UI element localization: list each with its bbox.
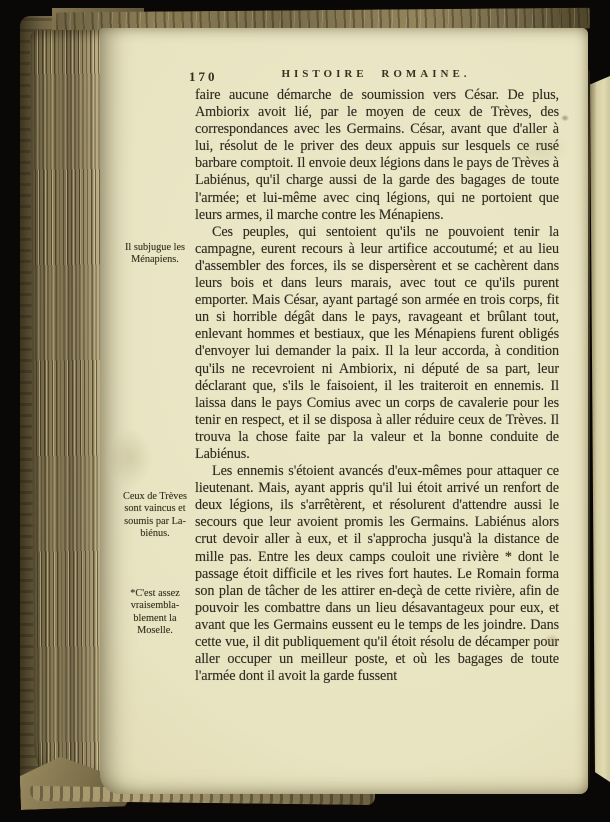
body-text-column: faire aucune démarche de soumission vers… (195, 87, 559, 685)
book-page: 170 HISTOIRE ROMAINE. Il subjugue les Mé… (100, 28, 588, 794)
book-photo: 170 HISTOIRE ROMAINE. Il subjugue les Mé… (0, 0, 610, 822)
page-number: 170 (189, 69, 218, 85)
adjacent-page-edge (590, 76, 610, 782)
page-header: 170 HISTOIRE ROMAINE. (195, 68, 557, 86)
paragraph-3: Les ennemis s'étoient avancés d'eux-même… (195, 463, 559, 685)
running-title: HISTOIRE ROMAINE. (195, 68, 557, 80)
margin-note-footnote-moselle: *C'est assez vraisembla­blement la Mosel… (121, 588, 189, 638)
margin-note-treves-vaincus: Ceux de Trè­ves sont vain­cus et sou­mis… (121, 491, 189, 541)
paragraph-1: faire aucune démarche de soumission vers… (195, 87, 559, 224)
paragraph-2: Ces peuples, qui sentoient qu'ils ne pou… (195, 224, 559, 463)
margin-note-subjugue-menapiens: Il subjugue les Ména­piens. (121, 242, 189, 267)
